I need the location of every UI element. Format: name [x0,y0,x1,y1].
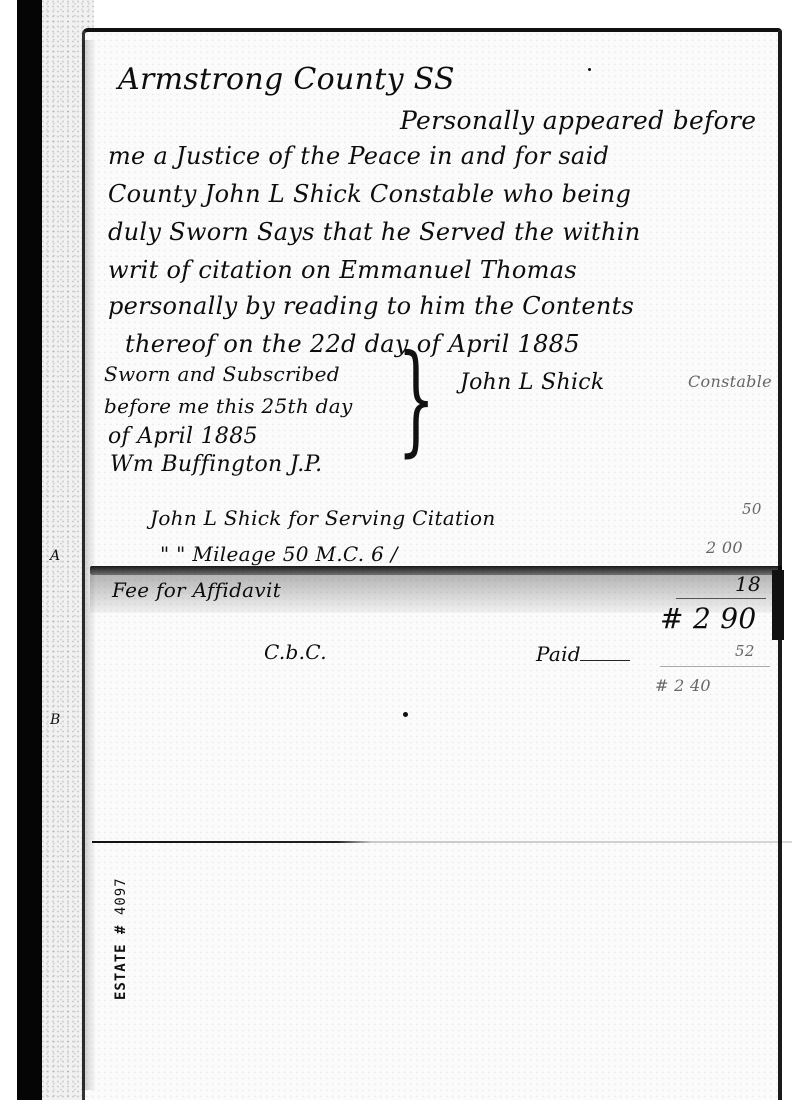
brace-glyph: } [397,340,435,460]
ink-dot-top [588,68,591,71]
fee-row-3-label: Fee for Affidavit [112,578,281,602]
fee-row-2-label: " " Mileage 50 M.C. 6 / [160,542,398,566]
fee-balance: # 2 40 [655,676,711,695]
fee-row-1-amount: 50 [742,500,762,518]
scan-left-border [17,0,42,1100]
paid-amount: 52 [735,642,755,660]
body-line-2: me a Justice of the Peace in and for sai… [108,142,609,170]
estate-stamp-hash: # [113,925,129,934]
jurat-signature: Wm Buffington J.P. [110,452,322,477]
constable-signature: John L Shick [460,370,605,395]
body-line-1: Personally appeared before [400,106,756,135]
body-line-3: County John L Shick Constable who being [108,180,631,208]
ink-dot [403,712,408,717]
jurat-line-1: Sworn and Subscribed [104,362,340,386]
margin-mark-a: A [50,548,60,564]
estate-stamp: ESTATE # 4097 [113,877,129,1000]
paid-label: Paid [536,642,581,666]
estate-stamp-number: 4097 [113,877,129,915]
fee-row-3-amount: 18 [735,572,761,596]
fee-row-1-label: John L Shick for Serving Citation [150,506,496,530]
fee-note-left: C.b.C. [264,640,327,664]
paid-dash [580,660,630,661]
page-edge-shadow [82,40,96,1090]
body-line-5: writ of citation on Emmanuel Thomas [108,256,577,284]
document-heading: Armstrong County SS [118,62,455,97]
page-fold-line [92,841,792,843]
fee-row-2-amount: 2 00 [706,538,743,557]
jurat-line-2: before me this 25th day [104,394,353,418]
jurat-line-3: of April 1885 [108,424,258,449]
body-line-7: thereof on the 22d day of April 1885 [125,330,580,358]
body-line-6: personally by reading to him the Content… [108,292,634,320]
balance-rule [660,666,770,667]
scan-right-blot [772,570,784,640]
margin-mark-b: B [50,712,60,728]
scan-dark-band [90,566,782,575]
estate-stamp-label: ESTATE [113,943,129,1000]
body-line-4: duly Sworn Says that he Served the withi… [108,218,640,246]
fee-total: # 2 90 [660,602,757,635]
constable-title: Constable [688,372,772,391]
sum-rule [676,598,766,599]
